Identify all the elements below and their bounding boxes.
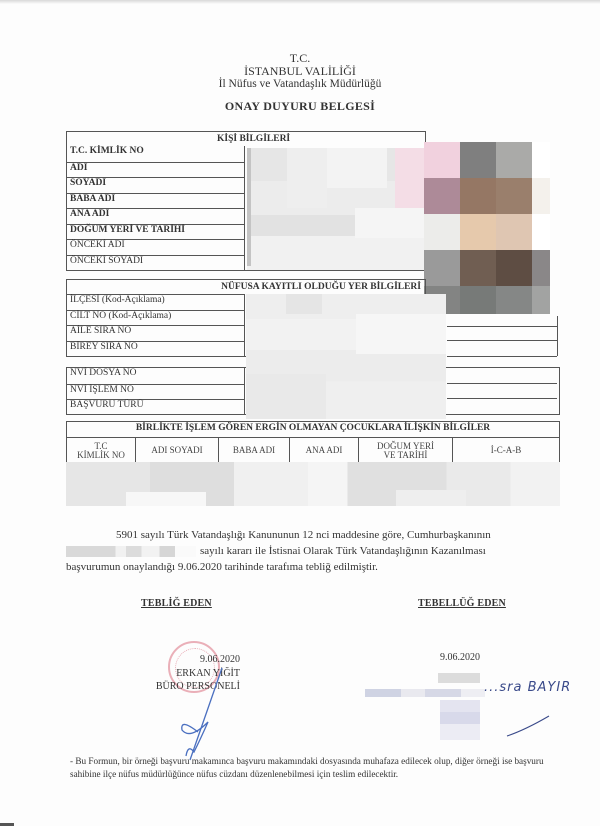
applicant-photo-pixelated <box>424 142 550 314</box>
table-rule <box>447 356 557 357</box>
children-col-tc: T.C KİMLİK NO <box>67 438 136 463</box>
registry-row-label: AİLE SIRA NO <box>70 326 131 336</box>
children-col-mother: ANA ADI <box>290 438 359 463</box>
recipient-date: 9.06.2020 <box>440 652 480 663</box>
document-header: T.C. İSTANBUL VALİLİĞİ İl Nüfus ve Vatan… <box>0 52 600 113</box>
children-col-icab: İ-C-A-B <box>453 438 559 463</box>
notifier-title: TEBLİĞ EDEN <box>141 598 212 609</box>
document-page: T.C. İSTANBUL VALİLİĞİ İl Nüfus ve Vatan… <box>0 0 600 826</box>
decision-number-redacted <box>66 546 196 557</box>
declaration-line-1: 5901 sayılı Türk Vatandaşlığı Kanununun … <box>66 527 560 543</box>
registry-values-redacted <box>246 294 446 419</box>
children-info-table: BİRLİKTE İŞLEM GÖREN ERGİN OLMAYAN ÇOCUK… <box>66 421 560 463</box>
notifier-signature-icon <box>160 660 240 770</box>
person-row-label: BABA ADI <box>70 194 115 204</box>
registry-row-label: BİREY SIRA NO <box>70 342 138 352</box>
application-row-label: NVİ İŞLEM NO <box>70 385 134 395</box>
person-info-table: KİŞİ BİLGİLERİ T.C. KİMLİK NO ADI SOYADI… <box>66 131 426 271</box>
table-rule <box>447 383 557 384</box>
table-rule <box>557 316 558 356</box>
page-edge-shadow <box>0 0 600 4</box>
person-row: SOYADI <box>67 177 245 193</box>
person-row-label: T.C. KİMLİK NO <box>70 146 144 156</box>
children-col-birth: DOĞUM YERİ VE TARİHİ <box>359 438 453 463</box>
registry-row: AİLE SIRA NO <box>67 325 245 341</box>
person-section-title: KİŞİ BİLGİLERİ <box>67 134 427 144</box>
application-row: NVİ DOSYA NO <box>67 368 245 384</box>
table-rule <box>447 326 557 327</box>
recipient-signature-icon <box>505 710 555 740</box>
table-rule <box>447 340 557 341</box>
children-rows-redacted <box>66 462 560 506</box>
person-row-label: SOYADI <box>70 178 106 188</box>
recipient-title: TEBELLÜĞ EDEN <box>418 598 506 609</box>
person-row-label: ÖNCEKİ SOYADI <box>70 256 143 266</box>
application-row: NVİ İŞLEM NO <box>67 384 245 400</box>
person-values-redacted <box>247 148 425 270</box>
header-directorate: İl Nüfus ve Vatandaşlık Müdürlüğü <box>0 78 600 91</box>
declaration-line-3: başvurumun onaylandığı 9.06.2020 tarihin… <box>66 559 560 575</box>
person-row: ANA ADI <box>67 208 245 224</box>
registry-row: BİREY SIRA NO <box>67 341 245 357</box>
person-row: DOĞUM YERİ VE TARİHİ <box>67 224 245 240</box>
children-col-father: BABA ADI <box>219 438 290 463</box>
application-row: BAŞVURU TÜRÜ <box>67 399 245 414</box>
table-rule <box>447 398 557 399</box>
person-row: ÖNCEKİ SOYADI <box>67 255 245 271</box>
application-row-label: NVİ DOSYA NO <box>70 368 137 378</box>
recipient-signature-redacted <box>440 700 480 740</box>
recipient-handwritten-name: ...sra BAYIR <box>484 680 571 695</box>
person-row: BABA ADI <box>67 193 245 209</box>
registry-row-label: CİLT NO (Kod-Açıklama) <box>70 311 171 321</box>
registry-row: CİLT NO (Kod-Açıklama) <box>67 310 245 326</box>
person-row: ADI <box>67 162 245 178</box>
declaration-line-2: sayılı kararı ile İstisnai Olarak Türk V… <box>66 543 560 559</box>
person-row: ÖNCEKİ ADI <box>67 239 245 255</box>
header-governorship: İSTANBUL VALİLİĞİ <box>0 65 600 78</box>
children-table-header: T.C KİMLİK NO ADI SOYADI BABA ADI ANA AD… <box>67 437 559 463</box>
person-row-label: ANA ADI <box>70 209 109 219</box>
recipient-name-redacted <box>438 673 480 683</box>
children-section-title: BİRLİKTE İŞLEM GÖREN ERGİN OLMAYAN ÇOCUK… <box>67 423 559 433</box>
children-col-name: ADI SOYADI <box>136 438 219 463</box>
recipient-signature-redacted <box>365 689 485 697</box>
document-title: ONAY DUYURU BELGESİ <box>0 100 600 113</box>
person-row-label: ADI <box>70 163 87 173</box>
footnote: - Bu Formun, bir örneği başvuru makamınc… <box>70 755 560 780</box>
person-row: T.C. KİMLİK NO <box>67 146 245 162</box>
person-row-label: DOĞUM YERİ VE TARİHİ <box>70 225 185 235</box>
person-row-label: ÖNCEKİ ADI <box>70 240 125 250</box>
application-row-label: BAŞVURU TÜRÜ <box>70 400 143 410</box>
declaration-paragraph: 5901 sayılı Türk Vatandaşlığı Kanununun … <box>66 527 560 575</box>
registry-section-title: NÜFUSA KAYITLI OLDUĞU YER BİLGİLERİ <box>67 282 421 292</box>
registry-row-label: İLÇESİ (Kod-Açıklama) <box>70 295 165 305</box>
registry-row: İLÇESİ (Kod-Açıklama) <box>67 294 245 310</box>
